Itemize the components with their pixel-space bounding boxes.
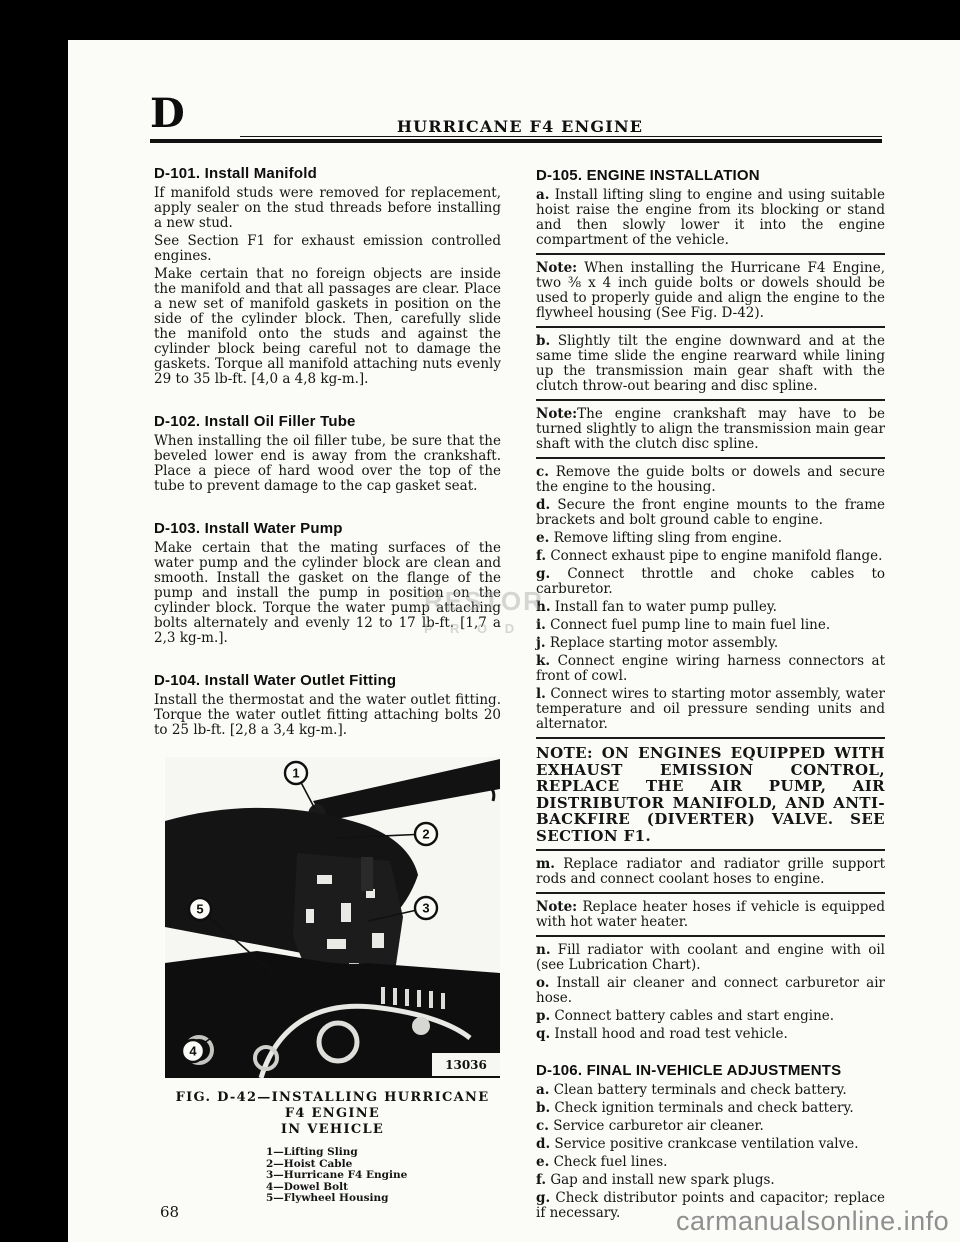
section-gap (536, 1045, 885, 1061)
procedure-step: q. Install hood and road test vehicle. (536, 1027, 885, 1042)
note-label: Note: (536, 260, 577, 276)
left-column: D-101. Install ManifoldIf manifold studs… (154, 166, 501, 765)
manual-section: D-103. Install Water PumpMake certain th… (154, 521, 501, 646)
manual-section: D-104. Install Water Outlet FittingInsta… (154, 673, 501, 738)
figure-legend: 1—Lifting Sling2—Hoist Cable3—Hurricane … (266, 1147, 500, 1205)
note-label: Note: (536, 406, 577, 422)
figure-legend-item: 3—Hurricane F4 Engine (266, 1170, 500, 1182)
step-letter: g. (536, 566, 550, 582)
rule-divider (536, 253, 885, 255)
note-label: Note: (536, 899, 577, 915)
header-rule-thick (150, 139, 882, 143)
section-paragraph: When installing the oil filler tube, be … (154, 434, 501, 494)
engine-installation-photo: 13036 12345 (165, 757, 500, 1078)
step-letter: i. (536, 617, 546, 633)
procedure-step: p. Connect battery cables and start engi… (536, 1009, 885, 1024)
rule-divider (536, 737, 885, 739)
section-heading: D-101. Install Manifold (154, 166, 501, 181)
procedure-step: e. Remove lifting sling from engine. (536, 531, 885, 546)
section-paragraph: Install the thermostat and the water out… (154, 693, 501, 738)
step-letter: f. (536, 1172, 546, 1188)
manual-section: D-102. Install Oil Filler TubeWhen insta… (154, 414, 501, 494)
procedure-step: j. Replace starting motor assembly. (536, 636, 885, 651)
callout-number: 5 (196, 902, 203, 917)
rule-divider (536, 326, 885, 328)
procedure-step: g. Connect throttle and choke cables to … (536, 567, 885, 597)
header-rule-thin (240, 136, 882, 137)
procedure-step: c. Remove the guide bolts or dowels and … (536, 465, 885, 495)
step-letter: g. (536, 1190, 550, 1206)
scanned-manual-screenshot: D HURRICANE F4 ENGINE D-101. Install Man… (0, 0, 960, 1242)
step-letter: c. (536, 1118, 549, 1134)
procedure-step: n. Fill radiator with coolant and engine… (536, 943, 885, 973)
step-letter: j. (536, 635, 546, 651)
step-letter: b. (536, 1100, 550, 1116)
step-letter: f. (536, 548, 546, 564)
section-heading: D-102. Install Oil Filler Tube (154, 414, 501, 429)
figure-caption: FIG. D-42—INSTALLING HURRICANE F4 ENGINE… (165, 1090, 500, 1138)
note-caps-block: NOTE: ON ENGINES EQUIPPED WITH EXHAUST E… (536, 745, 885, 844)
procedure-step: d. Secure the front engine mounts to the… (536, 498, 885, 528)
manual-page: D HURRICANE F4 ENGINE D-101. Install Man… (68, 40, 960, 1242)
figure-d42: 13036 12345 FIG. D-42—INSTALLING HURRICA… (165, 757, 500, 1205)
procedure-step: k. Connect engine wiring harness connect… (536, 654, 885, 684)
section-heading: D-103. Install Water Pump (154, 521, 501, 536)
procedure-step: f. Gap and install new spark plugs. (536, 1173, 885, 1188)
procedure-step: o. Install air cleaner and connect carbu… (536, 976, 885, 1006)
procedure-step: i. Connect fuel pump line to main fuel l… (536, 618, 885, 633)
step-letter: c. (536, 464, 549, 480)
photo-number: 13036 (445, 1058, 487, 1072)
step-letter: k. (536, 653, 550, 669)
step-letter: n. (536, 942, 551, 958)
callout-number: 3 (422, 901, 429, 916)
page-header-title: HURRICANE F4 ENGINE (158, 117, 882, 136)
note-block: Note: When installing the Hurricane F4 E… (536, 261, 885, 321)
rule-divider (536, 399, 885, 401)
procedure-step: a. Install lifting sling to engine and u… (536, 188, 885, 248)
step-letter: p. (536, 1008, 550, 1024)
section-heading: D-106. FINAL IN-VEHICLE ADJUSTMENTS (536, 1063, 885, 1078)
procedure-step: e. Check fuel lines. (536, 1155, 885, 1170)
note-block: Note:The engine crankshaft may have to b… (536, 407, 885, 452)
section-heading: D-105. ENGINE INSTALLATION (536, 168, 885, 183)
procedure-step: h. Install fan to water pump pulley. (536, 600, 885, 615)
section-paragraph: Make certain that no foreign objects are… (154, 267, 501, 387)
rule-divider (536, 849, 885, 851)
rule-divider (536, 892, 885, 894)
step-letter: a. (536, 1082, 549, 1098)
figure-legend-item: 1—Lifting Sling (266, 1147, 500, 1159)
section-paragraph: See Section F1 for exhaust emission cont… (154, 234, 501, 264)
section-paragraph: If manifold studs were removed for repla… (154, 186, 501, 231)
rule-divider (536, 457, 885, 459)
right-column: D-105. ENGINE INSTALLATIONa. Install lif… (536, 166, 885, 1224)
procedure-step: b. Check ignition terminals and check ba… (536, 1101, 885, 1116)
procedure-step: f. Connect exhaust pipe to engine manifo… (536, 549, 885, 564)
callout-number: 2 (422, 827, 429, 842)
section-paragraph: Make certain that the mating surfaces of… (154, 541, 501, 646)
procedure-step: l. Connect wires to starting motor assem… (536, 687, 885, 732)
step-letter: b. (536, 333, 550, 349)
step-letter: h. (536, 599, 551, 615)
step-letter: l. (536, 686, 546, 702)
procedure-step: m. Replace radiator and radiator grille … (536, 857, 885, 887)
step-letter: a. (536, 187, 549, 203)
step-letter: d. (536, 497, 550, 513)
step-letter: o. (536, 975, 549, 991)
step-letter: d. (536, 1136, 550, 1152)
figure-caption-line1: FIG. D-42—INSTALLING HURRICANE F4 ENGINE (165, 1090, 500, 1122)
figure-caption-line2: IN VEHICLE (165, 1122, 500, 1138)
procedure-step: d. Service positive crankcase ventilatio… (536, 1137, 885, 1152)
rule-divider (536, 935, 885, 937)
step-letter: m. (536, 856, 555, 872)
step-letter: e. (536, 1154, 549, 1170)
procedure-step: b. Slightly tilt the engine downward and… (536, 334, 885, 394)
figure-legend-item: 5—Flywheel Housing (266, 1193, 500, 1205)
callout-number: 1 (292, 766, 299, 781)
step-letter: q. (536, 1026, 550, 1042)
procedure-step: c. Service carburetor air cleaner. (536, 1119, 885, 1134)
manual-section: D-101. Install ManifoldIf manifold studs… (154, 166, 501, 387)
site-watermark: carmanualsonline.info (676, 1206, 949, 1237)
page-number: 68 (160, 1203, 179, 1221)
section-heading: D-104. Install Water Outlet Fitting (154, 673, 501, 688)
note-block: Note: Replace heater hoses if vehicle is… (536, 900, 885, 930)
step-letter: e. (536, 530, 549, 546)
callout-number: 4 (189, 1044, 197, 1059)
procedure-step: a. Clean battery terminals and check bat… (536, 1083, 885, 1098)
